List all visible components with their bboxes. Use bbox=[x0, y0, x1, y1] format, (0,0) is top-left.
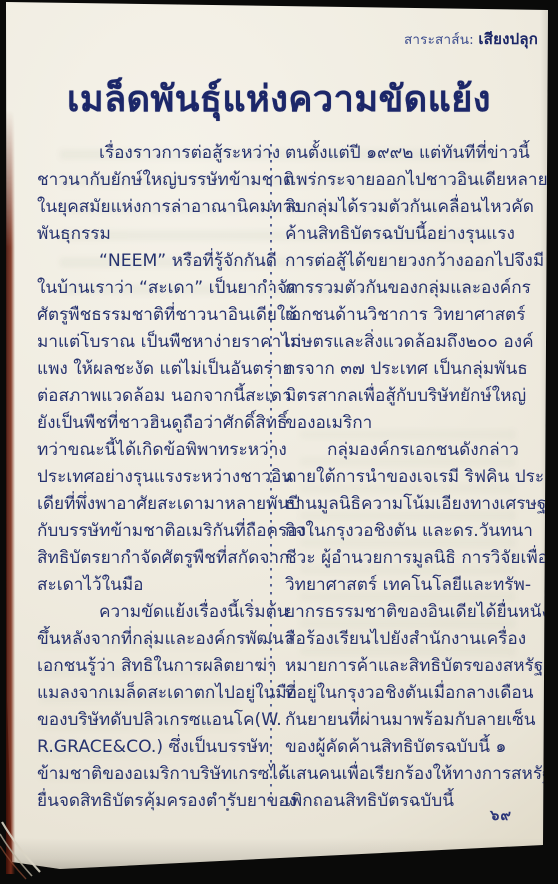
text-line: ในยุคสมัยแห่งการล่าอาณานิคมทาง bbox=[37, 194, 268, 221]
text-line: เกษตรและสิ่งแวดล้อมถึง๒๐๐ องค์ bbox=[285, 329, 547, 356]
photo-background: สาระสาส์น: เสียงปลุก เมล็ดพันธุ์แห่งความ… bbox=[0, 0, 558, 884]
section-title: เสียงปลุก bbox=[478, 30, 538, 48]
text-line: ในบ้านเราว่า “สะเดา” เป็นยากำจัด bbox=[37, 275, 268, 302]
text-line: แพร่กระจายออกไปชาวอินเดียหลาย bbox=[285, 167, 547, 194]
text-line: มาแต่โบราณ เป็นพืชหาง่ายราคาไม่ bbox=[37, 329, 268, 356]
article-title: เมล็ดพันธุ์แห่งความขัดแย้ง bbox=[30, 70, 528, 127]
text-line: ที่อยู่ในกรุงวอชิงตันเมื่อกลางเดือน bbox=[285, 680, 547, 707]
text-line: สะเดาไว้ในมือ bbox=[37, 572, 268, 599]
text-line: สิทธิบัตรยากำจัดศัตรูพืชที่สกัดจาก bbox=[37, 545, 268, 572]
text-line: แพง ให้ผลชะงัด แต่ไม่เป็นอันตราย bbox=[37, 356, 268, 383]
column-divider bbox=[270, 144, 272, 806]
text-line: ขึ้นหลังจากที่กลุ่มและองค์กรพัฒนา bbox=[37, 626, 268, 653]
text-line: ธานมูลนิธิความโน้มเอียงทางเศรษฐ- bbox=[285, 491, 547, 518]
text-line: การต่อสู้ได้ขยายวงกว้างออกไปจึงมี bbox=[285, 248, 547, 275]
text-line: ค้านสิทธิบัตรฉบับนี้อย่างรุนแรง bbox=[285, 221, 547, 248]
text-line: การรวมตัวกันของกลุ่มและองค์กร bbox=[285, 275, 547, 302]
text-line: สิบกลุ่มได้รวมตัวกันเคลื่อนไหวคัด bbox=[285, 194, 547, 221]
text-line: ข้ามชาติของอเมริกาบริษัทเกรซได้ bbox=[37, 761, 268, 788]
text-line: ทว่าขณะนี้ได้เกิดข้อพิพาทระหว่าง bbox=[37, 437, 268, 464]
text-line: ของผู้คัดค้านสิทธิบัตรฉบับนี้ ๑ bbox=[285, 734, 547, 761]
text-line: เดียที่พึ่งพาอาศัยสะเดามาหลายพันปี bbox=[37, 491, 268, 518]
text-line: ต่อสภาพแวดล้อม นอกจากนี้สะเดา bbox=[37, 383, 268, 410]
book-page: สาระสาส์น: เสียงปลุก เมล็ดพันธุ์แห่งความ… bbox=[0, 0, 558, 884]
text-line: ยื่นจดสิทธิบัตรคุ้มครองตำรับยาของ bbox=[37, 788, 268, 815]
text-line: ชาวนากับยักษ์ใหญ่บรรษัทข้ามชาติ bbox=[37, 167, 268, 194]
text-line: แสนคนเพื่อเรียกร้องให้ทางการสหรัฐฯ bbox=[285, 761, 547, 788]
text-line: กิจในกรุงวอชิงตัน และดร.วันทนา bbox=[285, 518, 547, 545]
text-line: ของบริษัทดับปลิวเกรซแอนโค(W. bbox=[37, 707, 268, 734]
text-line: ความขัดแย้งเรื่องนี้เริ่มต้น bbox=[37, 599, 268, 626]
text-line: กับบรรษัทข้ามชาติอเมริกันที่ถือครอง bbox=[37, 518, 268, 545]
section-label: สาระสาส์น: bbox=[404, 32, 474, 48]
text-line: แมลงจากเมล็ดสะเดาตกไปอยู่ในมือ bbox=[37, 680, 268, 707]
text-line: R.GRACE&CO.) ซึ่งเป็นบรรษัท bbox=[37, 734, 268, 761]
text-line: เอกชนด้านวิชาการ วิทยาศาสตร์ bbox=[285, 302, 547, 329]
text-line: เอกชนรู้ว่า สิทธิในการผลิตยาฆ่า bbox=[37, 653, 268, 680]
text-line: ยากรธรรมชาติของอินเดียได้ยื่นหนัง bbox=[285, 599, 547, 626]
text-line: ยังเป็นพืชที่ชาวฮินดูถือว่าศักดิ์สิทธิ์ bbox=[37, 410, 268, 437]
book-spine-edge bbox=[6, 110, 15, 874]
ink-speck bbox=[226, 808, 229, 811]
text-line: สือร้องเรียนไปยังสำนักงานเครื่อง bbox=[285, 626, 547, 653]
text-line: “NEEM” หรือที่รู้จักกันดี bbox=[37, 248, 268, 275]
page-number: ๖๙ bbox=[490, 804, 512, 827]
text-line: ชีวะ ผู้อำนวยการมูลนิธิ การวิจัยเพื่อ bbox=[285, 545, 547, 572]
text-line: เรื่องราวการต่อสู้ระหว่าง bbox=[37, 140, 268, 167]
right-column: ตนตั้งแต่ปี ๑๙๙๒ แต่ทันทีที่ข่าวนี้แพร่ก… bbox=[285, 140, 547, 815]
text-line: วิทยาศาสตร์ เทคโนโลยีและทรัพ- bbox=[285, 572, 547, 599]
text-line: ตนตั้งแต่ปี ๑๙๙๒ แต่ทันทีที่ข่าวนี้ bbox=[285, 140, 547, 167]
text-line: ภายใต้การนำของเจเรมี ริฟคิน ประ bbox=[285, 464, 547, 491]
left-column: เรื่องราวการต่อสู้ระหว่างชาวนากับยักษ์ให… bbox=[37, 140, 268, 815]
stacked-page-edges bbox=[0, 794, 70, 884]
text-line: มิตรสากลเพื่อสู้กับบริษัทยักษ์ใหญ่ bbox=[285, 383, 547, 410]
text-line: กันยายนที่ผ่านมาพร้อมกับลายเซ็น bbox=[285, 707, 547, 734]
text-line: ประเทศอย่างรุนแรงระหว่างชาวอิน bbox=[37, 464, 268, 491]
text-line: พันธุกรรม bbox=[37, 221, 268, 248]
text-line: ศัตรูพืชธรรมชาติที่ชาวนาอินเดียใช้ bbox=[37, 302, 268, 329]
text-line: หมายการค้าและสิทธิบัตรของสหรัฐฯ bbox=[285, 653, 547, 680]
text-line: กรจาก ๓๗ ประเทศ เป็นกลุ่มพันธ bbox=[285, 356, 547, 383]
text-line: กลุ่มองค์กรเอกชนดังกล่าว bbox=[285, 437, 547, 464]
text-line: ของอเมริกา bbox=[285, 410, 547, 437]
section-header: สาระสาส์น: เสียงปลุก bbox=[404, 27, 538, 51]
